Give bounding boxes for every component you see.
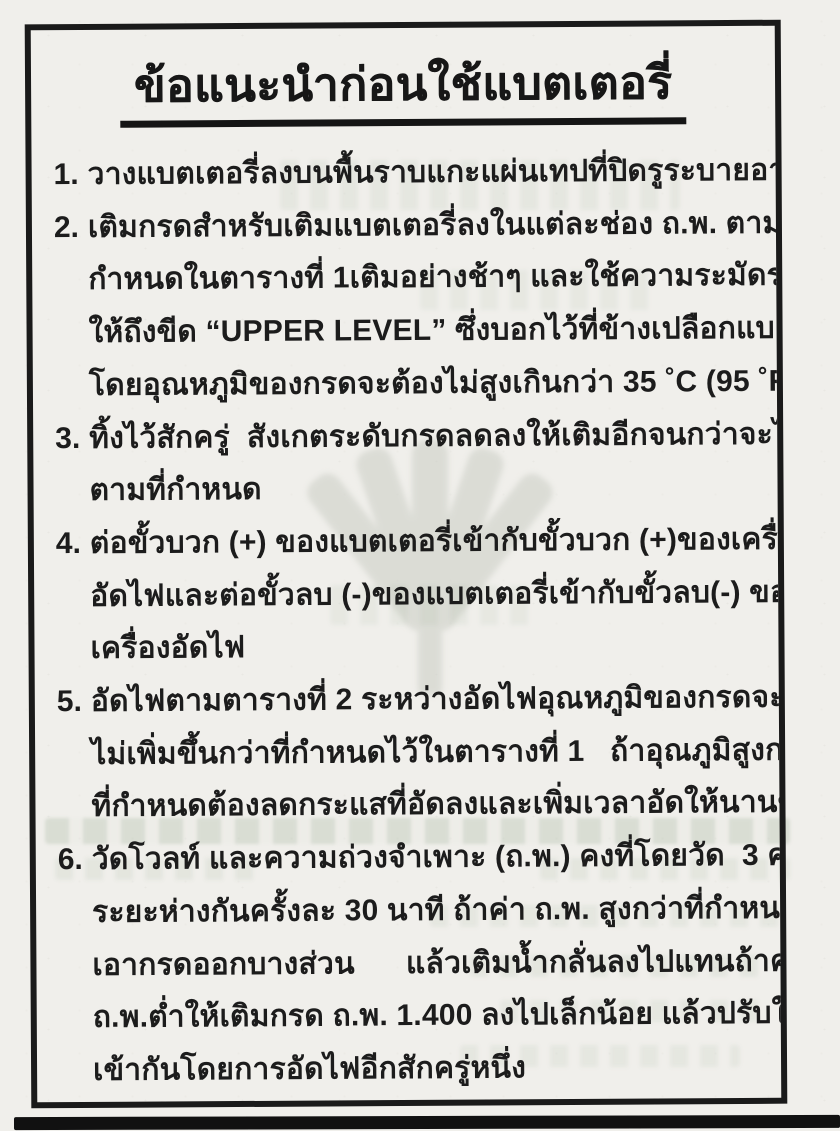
item-line: เข้ากันโดยการอัดไฟอีกสักครู่หนึ่ง: [93, 1041, 765, 1098]
item-line: เติมกรดสำหรับเติมแบตเตอรี่ลงในแต่ละช่อง …: [88, 198, 760, 255]
instruction-item-2: 2. เติมกรดสำหรับเติมแบตเตอรี่ลงในแต่ละช่…: [54, 198, 761, 413]
item-line: ทิ้งไว้สักครู่ สังเกตระดับกรดลดลงให้เติม…: [89, 408, 761, 465]
item-line: เอากรดออกบางส่วน แล้วเติมน้ำกลั่นลงไปแทน…: [92, 935, 764, 992]
instruction-item-1: 1. วางแบตเตอรี่ลงบนพื้นราบแกะแผ่นเทปที่ป…: [53, 145, 759, 202]
instruction-item-5: 5. อัดไฟตามตารางที่ 2 ระหว่างอัดไฟอุณหภู…: [57, 672, 764, 834]
item-number: 5.: [57, 676, 92, 834]
item-number: 4.: [56, 518, 91, 676]
instruction-item-6: 6. วัดโวลท์ และความถ่วงจำเพาะ (ถ.พ.) คงท…: [58, 830, 766, 1098]
item-line: ตามที่กำหนด: [89, 461, 761, 518]
item-number: 2.: [54, 202, 89, 413]
scan-edge-band: [14, 1115, 840, 1130]
item-number: 6.: [58, 834, 94, 1098]
item-line: วัดโวลท์ และความถ่วงจำเพาะ (ถ.พ.) คงที่โ…: [92, 830, 764, 887]
item-line: โดยอุณหภูมิของกรดจะต้องไม่สูงเกินกว่า 35…: [89, 356, 761, 413]
instruction-list: 1. วางแบตเตอรี่ลงบนพื้นราบแกะแผ่นเทปที่ป…: [53, 145, 765, 1098]
item-line: ถ.พ.ต่ำให้เติมกรด ถ.พ. 1.400 ลงไปเล็กน้อ…: [93, 988, 765, 1045]
item-line: อัดไฟตามตารางที่ 2 ระหว่างอัดไฟอุณหภูมิข…: [91, 672, 763, 729]
item-line: เครื่องอัดไฟ: [90, 619, 762, 676]
title-block: ข้อแนะนำก่อนใช้แบตเตอรี่: [31, 59, 775, 129]
instruction-item-4: 4. ต่อขั้วบวก (+) ของแบตเตอรี่เข้ากับขั้…: [56, 514, 763, 676]
item-number: 3.: [55, 412, 90, 518]
item-line: กำหนดในตารางที่ 1เติมอย่างช้าๆ และใช้ควา…: [88, 250, 760, 307]
item-line: วางแบตเตอรี่ลงบนพื้นราบแกะแผ่นเทปที่ปิดร…: [87, 145, 759, 202]
item-number: 1.: [53, 149, 87, 202]
scanned-page-background: ข้อแนะนำก่อนใช้แบตเตอรี่ 1. วางแบตเตอรี่…: [0, 0, 840, 1131]
item-line: ระยะห่างกันครั้งละ 30 นาที ถ้าค่า ถ.พ. ส…: [92, 883, 764, 940]
item-line: ที่กำหนดต้องลดกระแสที่อัดลงและเพิ่มเวลาอ…: [91, 777, 763, 834]
item-line: อัดไฟและต่อขั้วลบ (-)ของแบตเตอรี่เข้ากับ…: [90, 566, 762, 623]
instruction-item-3: 3. ทิ้งไว้สักครู่ สังเกตระดับกรดลดลงให้เ…: [55, 408, 762, 518]
item-line: ต่อขั้วบวก (+) ของแบตเตอรี่เข้ากับขั้วบว…: [90, 514, 762, 571]
item-line: ไม่เพิ่มขึ้นกว่าที่กำหนดไว้ในตารางที่ 1 …: [91, 725, 763, 782]
item-line: ให้ถึงขีด “UPPER LEVEL” ซึ่งบอกไว้ที่ข้า…: [88, 303, 760, 360]
page-title: ข้อแนะนำก่อนใช้แบตเตอรี่: [120, 59, 687, 127]
document-frame: ข้อแนะนำก่อนใช้แบตเตอรี่ 1. วางแบตเตอรี่…: [25, 20, 788, 1109]
